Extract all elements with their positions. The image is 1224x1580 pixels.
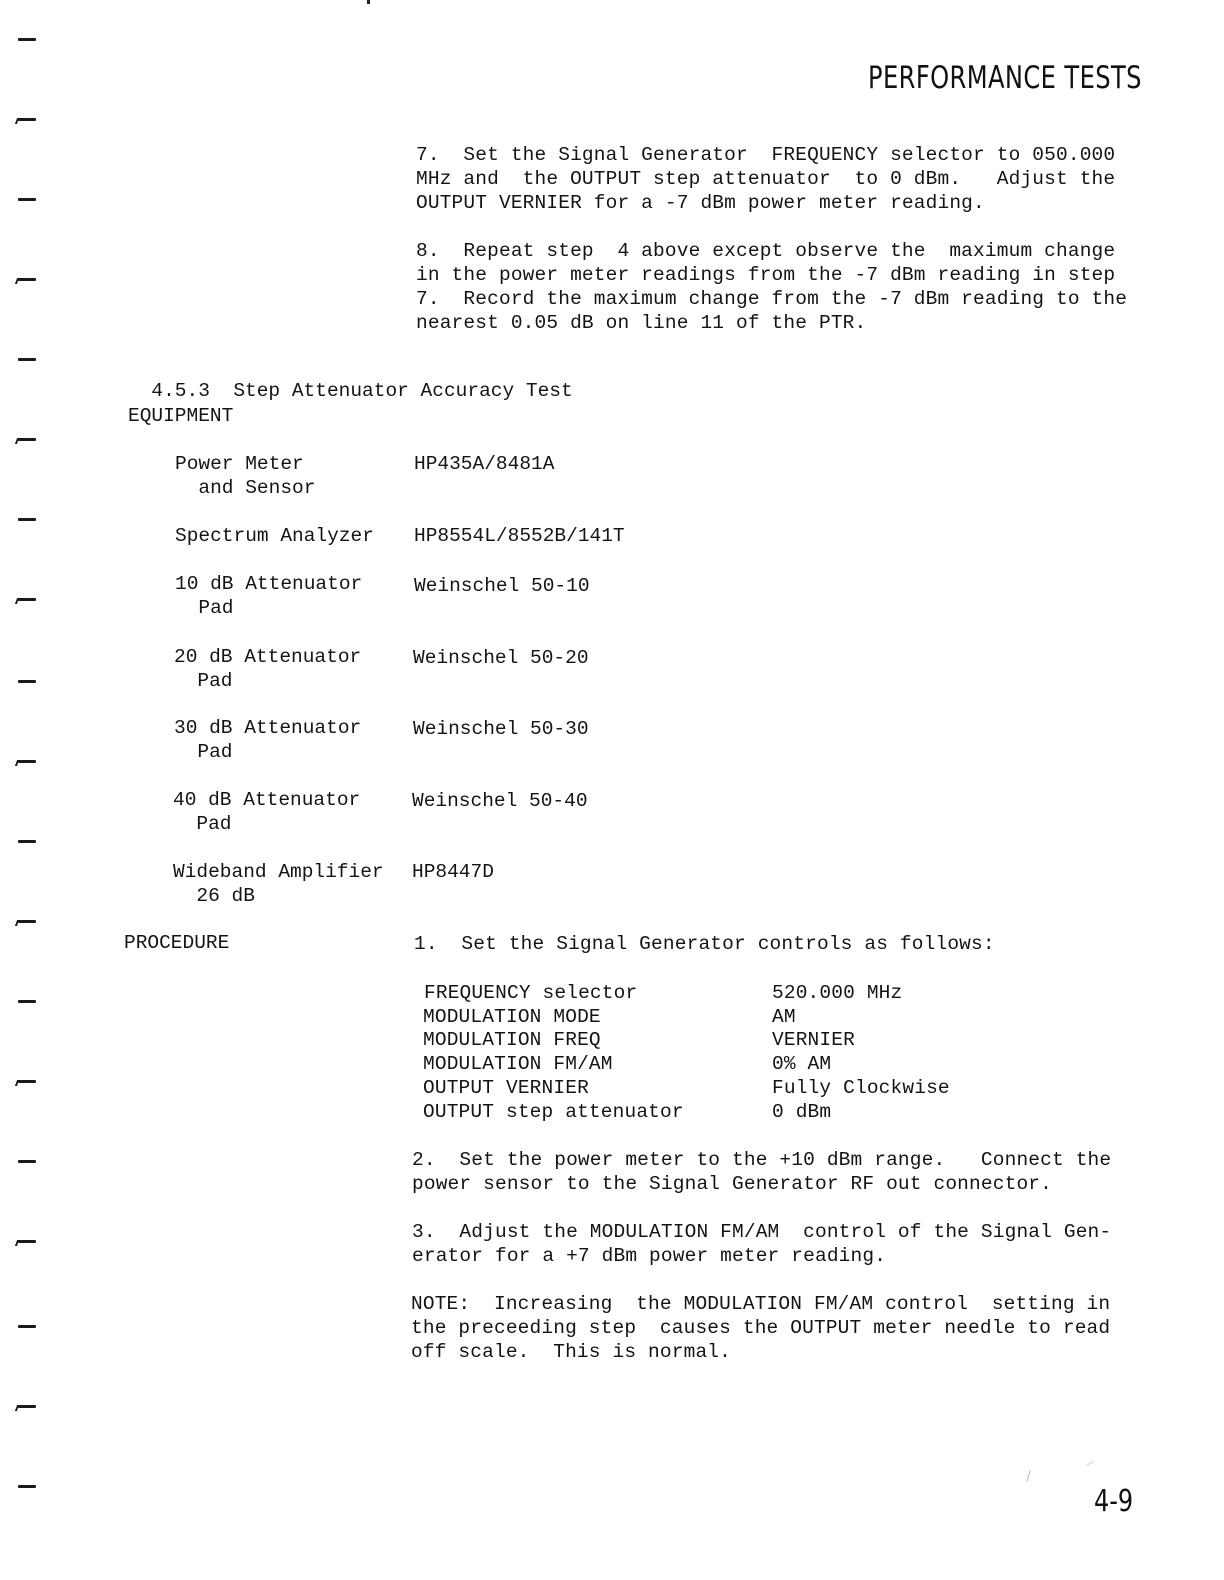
control-name: OUTPUT VERNIER bbox=[423, 1076, 589, 1100]
page-header-title: PERFORMANCE TESTS bbox=[868, 60, 1142, 96]
binding-hole-mark bbox=[18, 1325, 36, 1328]
text-line: the preceeding step causes the OUTPUT me… bbox=[411, 1316, 1110, 1340]
text-line: 7. Set the Signal Generator FREQUENCY se… bbox=[416, 143, 1115, 167]
text-line: 2. Set the power meter to the +10 dBm ra… bbox=[412, 1148, 1111, 1172]
text-line: 8. Repeat step 4 above except observe th… bbox=[416, 239, 1127, 263]
text-line: 3. Adjust the MODULATION FM/AM control o… bbox=[412, 1220, 1111, 1244]
procedure-step-1: 1. Set the Signal Generator controls as … bbox=[414, 933, 995, 955]
equipment-model: HP8447D bbox=[412, 860, 494, 884]
equipment-name: 30 dB Attenuator Pad bbox=[174, 716, 361, 764]
text-line: off scale. This is normal. bbox=[411, 1340, 1110, 1364]
text-line: erator for a +7 dBm power meter reading. bbox=[412, 1244, 1111, 1268]
control-setting: 0% AM bbox=[772, 1052, 831, 1076]
text-line: 7. Record the maximum change from the -7… bbox=[416, 287, 1127, 311]
text-line: NOTE: Increasing the MODULATION FM/AM co… bbox=[411, 1292, 1110, 1316]
control-name: FREQUENCY selector bbox=[424, 981, 637, 1005]
step-7-paragraph: 7. Set the Signal Generator FREQUENCY se… bbox=[416, 143, 1115, 215]
procedure-step-3: 3. Adjust the MODULATION FM/AM control o… bbox=[412, 1220, 1111, 1268]
scan-artifact bbox=[1026, 1470, 1030, 1482]
control-setting: VERNIER bbox=[772, 1028, 855, 1052]
control-setting: Fully Clockwise bbox=[772, 1076, 950, 1100]
binding-hole-mark bbox=[18, 920, 36, 923]
binding-hole-mark bbox=[18, 1405, 36, 1408]
equipment-name: 20 dB Attenuator Pad bbox=[174, 645, 361, 693]
binding-hole-mark bbox=[18, 278, 36, 281]
equipment-model: HP8554L/8552B/141T bbox=[414, 524, 625, 548]
binding-hole-mark bbox=[18, 38, 36, 41]
equipment-model: Weinschel 50-10 bbox=[414, 574, 590, 598]
equipment-model: Weinschel 50-40 bbox=[412, 789, 588, 813]
binding-hole-mark bbox=[18, 1000, 36, 1003]
procedure-heading: PROCEDURE bbox=[124, 932, 229, 954]
binding-hole-mark bbox=[18, 358, 36, 361]
section-title: Step Attenuator Accuracy Test bbox=[233, 380, 572, 402]
page-number: 4-9 bbox=[1094, 1484, 1133, 1519]
control-name: MODULATION MODE bbox=[423, 1005, 601, 1029]
control-name: MODULATION FREQ bbox=[423, 1028, 601, 1052]
equipment-model: Weinschel 50-20 bbox=[413, 646, 589, 670]
text-line: in the power meter readings from the -7 … bbox=[416, 263, 1127, 287]
procedure-note: NOTE: Increasing the MODULATION FM/AM co… bbox=[411, 1292, 1110, 1364]
equipment-name: Spectrum Analyzer bbox=[175, 524, 374, 548]
binding-hole-mark bbox=[18, 1160, 36, 1163]
binding-hole-mark bbox=[18, 1080, 36, 1083]
text-line: nearest 0.05 dB on line 11 of the PTR. bbox=[416, 311, 1127, 335]
binding-hole-mark bbox=[18, 118, 36, 121]
control-name: OUTPUT step attenuator bbox=[423, 1100, 684, 1124]
section-number: 4.5.3 bbox=[151, 380, 210, 402]
text-line: OUTPUT VERNIER for a -7 dBm power meter … bbox=[416, 191, 1115, 215]
binding-hole-mark bbox=[18, 840, 36, 843]
control-name: MODULATION FM/AM bbox=[423, 1052, 613, 1076]
equipment-name: Power Meter and Sensor bbox=[175, 452, 315, 500]
binding-hole-mark bbox=[18, 438, 36, 441]
binding-hole-mark bbox=[18, 1485, 36, 1488]
binding-hole-mark bbox=[18, 598, 36, 601]
equipment-model: Weinschel 50-30 bbox=[413, 717, 589, 741]
procedure-step-2: 2. Set the power meter to the +10 dBm ra… bbox=[412, 1148, 1111, 1196]
step-8-paragraph: 8. Repeat step 4 above except observe th… bbox=[416, 239, 1127, 335]
equipment-name: Wideband Amplifier 26 dB bbox=[173, 860, 384, 908]
binding-hole-mark bbox=[18, 760, 36, 763]
control-setting: 0 dBm bbox=[772, 1100, 831, 1124]
binding-hole-mark bbox=[18, 198, 36, 201]
text-line: MHz and the OUTPUT step attenuator to 0 … bbox=[416, 167, 1115, 191]
equipment-model: HP435A/8481A bbox=[414, 452, 554, 476]
control-setting: AM bbox=[772, 1005, 796, 1029]
section-heading: 4.5.3 Step Attenuator Accuracy Test bbox=[128, 358, 573, 402]
equipment-heading: EQUIPMENT bbox=[128, 405, 233, 427]
scan-artifact bbox=[1086, 1461, 1093, 1466]
equipment-name: 10 dB Attenuator Pad bbox=[175, 572, 362, 620]
scan-artifact bbox=[367, 0, 370, 4]
binding-hole-mark bbox=[18, 518, 36, 521]
binding-hole-mark bbox=[18, 1240, 36, 1243]
binding-hole-mark bbox=[18, 680, 36, 683]
equipment-name: 40 dB Attenuator Pad bbox=[173, 788, 360, 836]
control-setting: 520.000 MHz bbox=[772, 981, 902, 1005]
text-line: power sensor to the Signal Generator RF … bbox=[412, 1172, 1111, 1196]
